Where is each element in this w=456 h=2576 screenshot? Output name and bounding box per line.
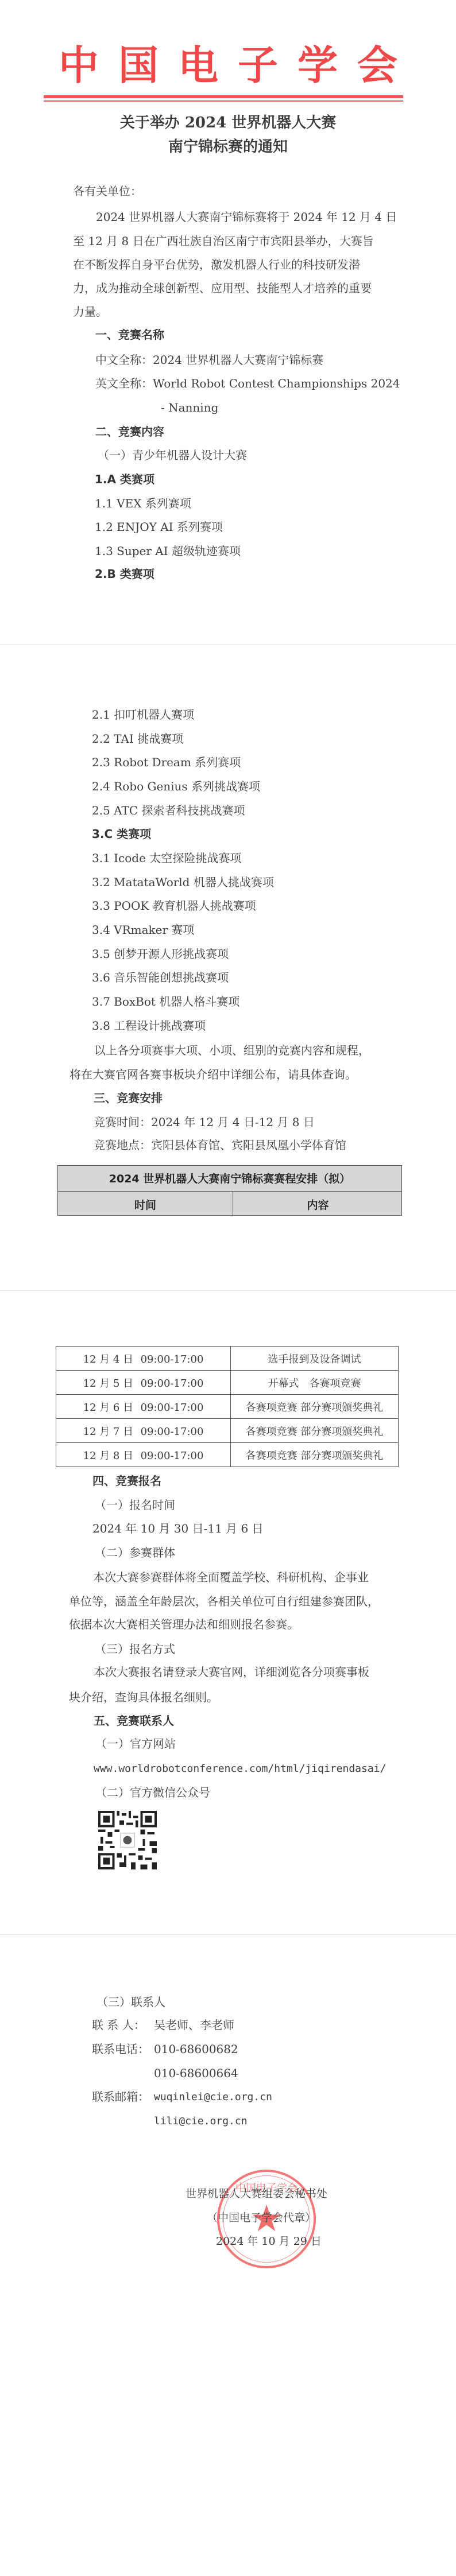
page-break <box>0 1934 456 1935</box>
list-item: 1.1 VEX 系列赛项 <box>95 496 191 511</box>
wechat-qr-code <box>94 1806 161 1874</box>
table-divider <box>58 1191 401 1192</box>
phone-label: 联系电话： <box>92 2042 149 2057</box>
method-line: 本次大赛报名请登录大赛官网，详细浏览各分项赛事板 <box>94 1665 369 1679</box>
masthead-rule-thin <box>44 100 403 102</box>
section-heading-content: 二、竞赛内容 <box>95 424 164 439</box>
list-item: 3.7 BoxBot 机器人格斗赛项 <box>92 994 239 1009</box>
list-item: 2.4 Robo Genius 系列挑战赛项 <box>92 779 260 794</box>
signature-seal-note: （中国电子学会代章） <box>207 2209 316 2225</box>
schedule-date: 12 月 5 日 <box>83 1375 141 1390</box>
intro-line: 2024 世界机器人大赛南宁锦标赛将于 2024 年 12 月 4 日 <box>96 210 397 224</box>
signature-date: 2024 年 10 月 29 日 <box>216 2233 322 2248</box>
phone-number: 010-68600664 <box>154 2066 238 2081</box>
schedule-hours: 09:00-17:00 <box>141 1402 204 1414</box>
masthead-org-name: 中国电子学会 <box>0 44 456 87</box>
schedule-hours: 09:00-17:00 <box>141 1353 204 1365</box>
list-item: 3.1 Icode 太空探险挑战赛项 <box>92 851 241 866</box>
schedule-date: 12 月 8 日 <box>83 1448 141 1462</box>
subsection-website: （一）官方网站 <box>95 1736 176 1751</box>
schedule-time-cell: 12 月 7 日09:00-17:00 <box>56 1419 231 1443</box>
signature-org: 世界机器人大赛组委会秘书处 <box>186 2185 327 2201</box>
group-b-heading: 2.B 类赛项 <box>95 567 154 581</box>
schedule-date: 12 月 4 日 <box>83 1351 141 1366</box>
table-row: 12 月 7 日09:00-17:00 各赛项竞赛 部分赛项颁奖典礼 <box>56 1419 399 1443</box>
list-item: 3.8 工程设计挑战赛项 <box>92 1018 206 1033</box>
schedule-table-header: 2024 世界机器人大赛南宁锦标赛赛程安排（拟） 时间 内容 <box>57 1165 402 1216</box>
table-row: 12 月 4 日09:00-17:00 选手报到及设备调试 <box>56 1347 399 1371</box>
document-title-line1: 关于举办 2024 世界机器人大赛 <box>0 114 456 132</box>
list-item: 3.2 MatataWorld 机器人挑战赛项 <box>92 875 274 890</box>
table-row: 12 月 6 日09:00-17:00 各赛项竞赛 部分赛项颁奖典礼 <box>56 1395 399 1419</box>
column-header-time: 时间 <box>58 1197 233 1212</box>
email-link[interactable]: lili@cie.org.cn <box>154 2114 248 2129</box>
email-label: 联系邮箱： <box>92 2089 149 2104</box>
contact-person-value: 吴老师、李老师 <box>154 2018 234 2032</box>
list-item: 3.6 音乐智能创想挑战赛项 <box>92 970 229 985</box>
schedule-hours: 09:00-17:00 <box>141 1426 204 1438</box>
subsection-registration-time: （一）报名时间 <box>95 1498 175 1512</box>
schedule-content: 各赛项竞赛 部分赛项颁奖典礼 <box>231 1443 399 1467</box>
schedule-table-title: 2024 世界机器人大赛南宁锦标赛赛程安排（拟） <box>58 1170 401 1186</box>
qr-code-icon <box>94 1806 161 1874</box>
official-website-link[interactable]: www.worldrobotconference.com/html/jiqire… <box>94 1762 386 1776</box>
section-heading-name: 一、竞赛名称 <box>95 327 164 342</box>
group-a-heading: 1.A 类赛项 <box>95 472 154 487</box>
list-item: 1.3 Super AI 超级轨迹赛项 <box>95 544 241 558</box>
section-heading-schedule: 三、竞赛安排 <box>94 1091 163 1105</box>
schedule-content: 开幕式 各赛项竞赛 <box>231 1371 399 1395</box>
table-row: 12 月 8 日09:00-17:00 各赛项竞赛 部分赛项颁奖典礼 <box>56 1443 399 1467</box>
list-item: 3.4 VRmaker 赛项 <box>92 922 194 937</box>
list-item: 3.5 创梦开源人形挑战赛项 <box>92 946 229 961</box>
section-heading-contacts: 五、竞赛联系人 <box>94 1713 174 1728</box>
competition-time: 竞赛时间：2024 年 12 月 4 日-12 月 8 日 <box>94 1115 315 1130</box>
schedule-content: 各赛项竞赛 部分赛项颁奖典礼 <box>231 1419 399 1443</box>
schedule-date: 12 月 7 日 <box>83 1423 141 1438</box>
note-line: 以上各分项赛事大项、小项、组别的竞赛内容和规程， <box>94 1043 370 1058</box>
method-line: 块介绍，查询具体报名细则。 <box>69 1690 218 1705</box>
list-item: 1.2 ENJOY AI 系列赛项 <box>95 519 223 534</box>
salutation: 各有关单位： <box>73 184 142 199</box>
competition-venue: 竞赛地点：宾阳县体育馆、宾阳县凤凰小学体育馆 <box>94 1138 346 1153</box>
list-item: 2.5 ATC 探索者科技挑战赛项 <box>92 803 245 818</box>
column-header-content: 内容 <box>233 1197 403 1212</box>
list-item: 2.1 扣叮机器人赛项 <box>92 707 194 722</box>
intro-line: 至 12 月 8 日在广西壮族自治区南宁市宾阳县举办，大赛旨 <box>73 234 374 249</box>
contact-person-label: 联 系 人： <box>92 2018 145 2032</box>
registration-period: 2024 年 10 月 30 日-11 月 6 日 <box>92 1521 264 1536</box>
schedule-hours: 09:00-17:00 <box>141 1378 204 1390</box>
schedule-time-cell: 12 月 4 日09:00-17:00 <box>56 1347 231 1371</box>
schedule-table: 12 月 4 日09:00-17:00 选手报到及设备调试 12 月 5 日09… <box>56 1346 399 1467</box>
participants-line: 依据本次大赛相关管理办法和细则报名参赛。 <box>69 1617 299 1632</box>
schedule-date: 12 月 6 日 <box>83 1399 141 1414</box>
intro-line: 力，成为推动全球创新型、应用型、技能型人才培养的重要 <box>73 281 372 296</box>
schedule-time-cell: 12 月 6 日09:00-17:00 <box>56 1395 231 1419</box>
list-item: 2.2 TAI 挑战赛项 <box>92 731 183 746</box>
subsection-youth-robot: （一）青少年机器人设计大赛 <box>98 448 247 463</box>
subsection-participants: （二）参赛群体 <box>95 1545 175 1560</box>
subsection-registration-method: （三）报名方式 <box>95 1642 175 1656</box>
participants-line: 单位等，涵盖全年龄层次，各相关单位可自行组建参赛团队， <box>69 1594 379 1609</box>
cn-full-name: 中文全称：2024 世界机器人大赛南宁锦标赛 <box>95 352 323 367</box>
schedule-hours: 09:00-17:00 <box>141 1450 204 1462</box>
page-break <box>0 645 456 645</box>
subsection-wechat: （二）官方微信公众号 <box>95 1785 210 1800</box>
schedule-time-cell: 12 月 5 日09:00-17:00 <box>56 1371 231 1395</box>
en-full-name-cont: - Nanning <box>161 400 218 415</box>
list-item: 3.3 POOK 教育机器人挑战赛项 <box>92 898 256 913</box>
schedule-time-cell: 12 月 8 日09:00-17:00 <box>56 1443 231 1467</box>
section-heading-registration: 四、竞赛报名 <box>92 1473 161 1488</box>
list-item: 2.3 Robot Dream 系列赛项 <box>92 755 241 770</box>
email-link[interactable]: wuqinlei@cie.org.cn <box>154 2090 272 2105</box>
phone-number: 010-68600682 <box>154 2042 238 2057</box>
participants-line: 本次大赛参赛群体将全面覆盖学校、科研机构、企事业 <box>93 1570 369 1585</box>
en-full-name: 英文全称：World Robot Contest Championships 2… <box>95 376 400 391</box>
document-title-line2: 南宁锦标赛的通知 <box>0 138 456 156</box>
schedule-content: 各赛项竞赛 部分赛项颁奖典礼 <box>231 1395 399 1419</box>
note-line: 将在大赛官网各赛事板块介绍中详细公布，请具体查询。 <box>69 1067 357 1082</box>
page-break <box>0 1290 456 1291</box>
intro-line: 力量。 <box>73 304 107 319</box>
intro-line: 在不断发挥自身平台优势，激发机器人行业的科技研发潜 <box>73 257 360 272</box>
table-row: 12 月 5 日09:00-17:00 开幕式 各赛项竞赛 <box>56 1371 399 1395</box>
group-c-heading: 3.C 类赛项 <box>92 827 151 841</box>
subsection-contact-persons: （三）联系人 <box>96 1995 165 2009</box>
masthead-rule-thick <box>44 95 403 98</box>
schedule-content: 选手报到及设备调试 <box>231 1347 399 1371</box>
